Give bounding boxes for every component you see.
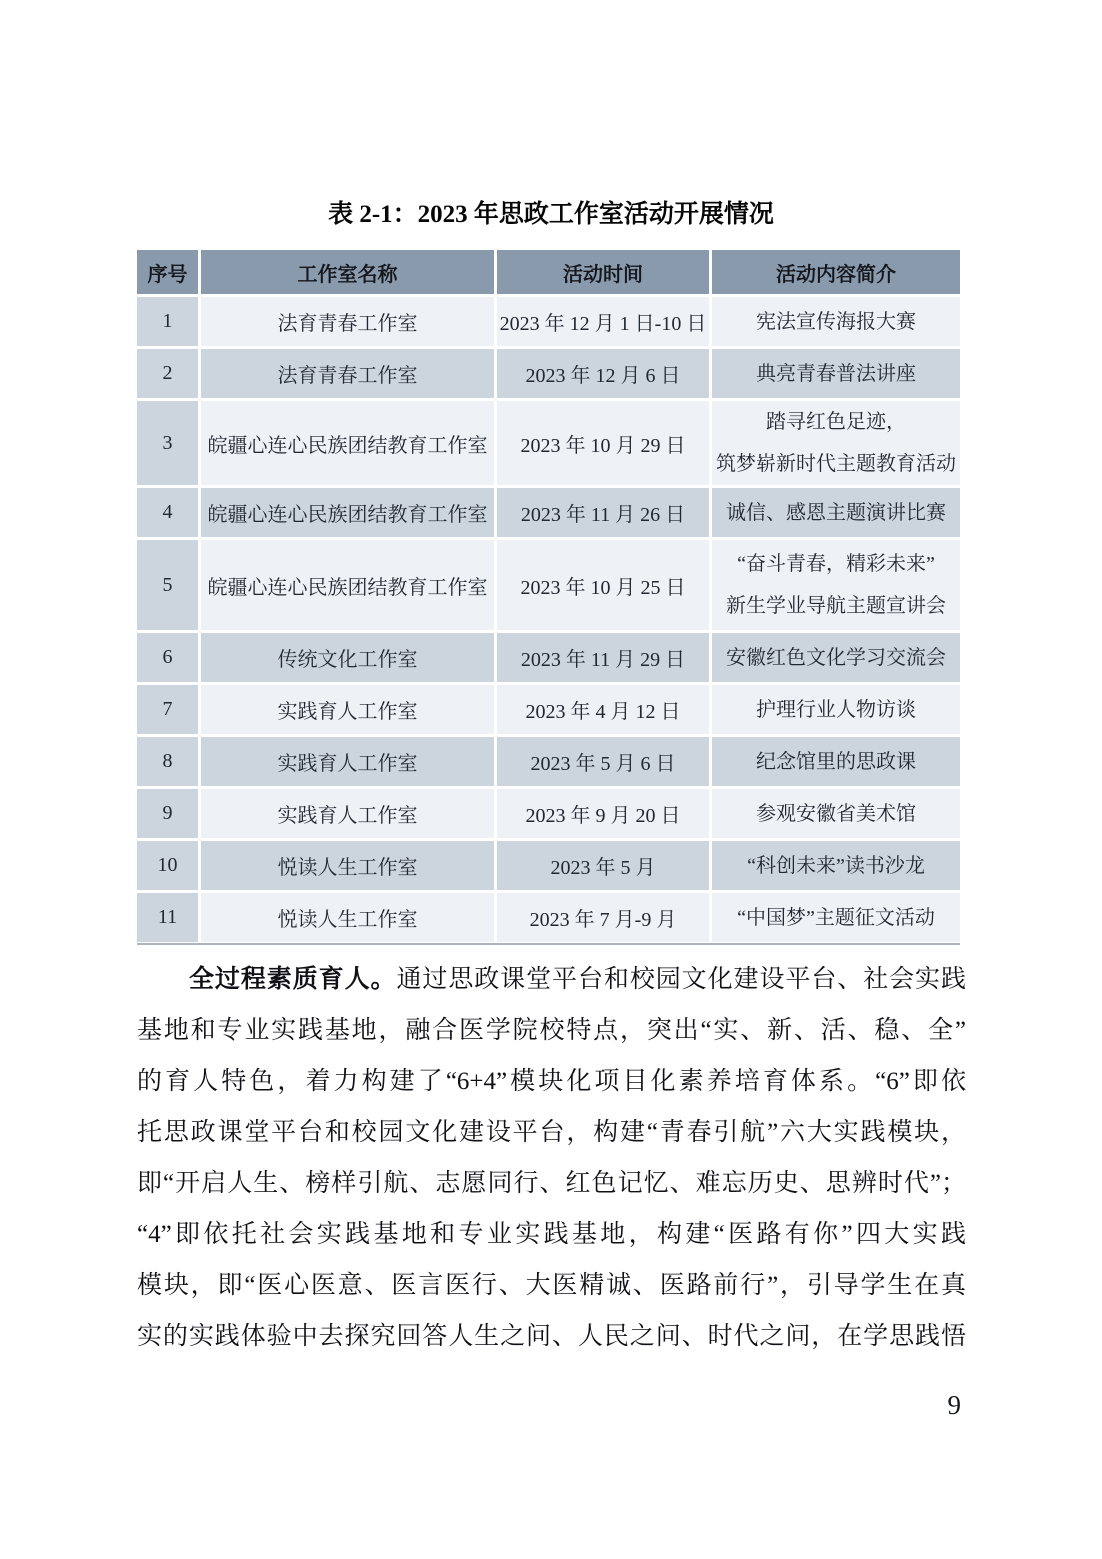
cell-content: 参观安徽省美术馆 bbox=[712, 789, 960, 838]
table-row: 10 悦读人生工作室 2023 年 5 月 “科创未来”读书沙龙 bbox=[137, 841, 960, 890]
content-line: 纪念馆里的思政课 bbox=[712, 741, 960, 783]
cell-date: 2023 年 7 月-9 月 bbox=[497, 893, 709, 942]
cell-studio: 实践育人工作室 bbox=[201, 737, 494, 786]
table-row: 5 皖疆心连心民族团结教育工作室 2023 年 10 月 25 日 “奋斗青春，… bbox=[137, 540, 960, 630]
cell-content: 安徽红色文化学习交流会 bbox=[712, 633, 960, 682]
cell-content: “奋斗青春，精彩未来” 新生学业导航主题宣讲会 bbox=[712, 540, 960, 630]
content-line: 参观安徽省美术馆 bbox=[712, 793, 960, 835]
cell-date: 2023 年 5 月 bbox=[497, 841, 709, 890]
page-number: 9 bbox=[948, 1390, 962, 1421]
table-row: 2 法育青春工作室 2023 年 12 月 6 日 典亮青春普法讲座 bbox=[137, 349, 960, 398]
cell-date: 2023 年 11 月 26 日 bbox=[497, 488, 709, 537]
cell-no: 1 bbox=[137, 297, 198, 346]
table-row: 1 法育青春工作室 2023 年 12 月 1 日-10 日 宪法宣传海报大赛 bbox=[137, 297, 960, 346]
paragraph-line: 即“开启人生、榜样引航、志愿同行、红色记忆、难忘历史、思辨时代”； bbox=[137, 1158, 966, 1209]
cell-studio: 实践育人工作室 bbox=[201, 685, 494, 734]
cell-studio: 皖疆心连心民族团结教育工作室 bbox=[201, 540, 494, 630]
table-row: 6 传统文化工作室 2023 年 11 月 29 日 安徽红色文化学习交流会 bbox=[137, 633, 960, 682]
paragraph-line: “4”即依托社会实践基地和专业实践基地，构建“医路有你”四大实践 bbox=[137, 1209, 966, 1260]
content-line: 踏寻红色足迹， bbox=[712, 401, 960, 443]
cell-no: 2 bbox=[137, 349, 198, 398]
cell-studio: 法育青春工作室 bbox=[201, 297, 494, 346]
content-line: 诚信、感恩主题演讲比赛 bbox=[712, 492, 960, 534]
cell-no: 7 bbox=[137, 685, 198, 734]
cell-date: 2023 年 12 月 1 日-10 日 bbox=[497, 297, 709, 346]
table-header-row: 序号 工作室名称 活动时间 活动内容简介 bbox=[137, 250, 960, 294]
paragraph-line: 托思政课堂平台和校园文化建设平台，构建“青春引航”六大实践模块， bbox=[137, 1107, 966, 1158]
cell-date: 2023 年 12 月 6 日 bbox=[497, 349, 709, 398]
table-bottom-border bbox=[137, 943, 960, 945]
table-row: 11 悦读人生工作室 2023 年 7 月-9 月 “中国梦”主题征文活动 bbox=[137, 893, 960, 942]
body-paragraph: 全过程素质育人。通过思政课堂平台和校园文化建设平台、社会实践 基地和专业实践基地… bbox=[137, 954, 966, 1362]
content-line: 筑梦崭新时代主题教育活动 bbox=[712, 443, 960, 485]
cell-no: 6 bbox=[137, 633, 198, 682]
cell-no: 8 bbox=[137, 737, 198, 786]
header-cell-content: 活动内容简介 bbox=[712, 250, 960, 294]
paragraph-line: 的育人特色，着力构建了“6+4”模块化项目化素养培育体系。“6”即依 bbox=[137, 1056, 966, 1107]
content-line: “中国梦”主题征文活动 bbox=[712, 897, 960, 939]
table-row: 3 皖疆心连心民族团结教育工作室 2023 年 10 月 29 日 踏寻红色足迹… bbox=[137, 401, 960, 485]
cell-date: 2023 年 10 月 29 日 bbox=[497, 401, 709, 485]
cell-date: 2023 年 10 月 25 日 bbox=[497, 540, 709, 630]
table-row: 9 实践育人工作室 2023 年 9 月 20 日 参观安徽省美术馆 bbox=[137, 789, 960, 838]
table-title: 表 2-1：2023 年思政工作室活动开展情况 bbox=[0, 198, 1102, 232]
paragraph-line: 实的实践体验中去探究回答人生之问、人民之问、时代之问，在学思践悟 bbox=[137, 1311, 966, 1362]
cell-no: 3 bbox=[137, 401, 198, 485]
content-line: 护理行业人物访谈 bbox=[712, 689, 960, 731]
cell-content: 诚信、感恩主题演讲比赛 bbox=[712, 488, 960, 537]
header-cell-date: 活动时间 bbox=[497, 250, 709, 294]
table-row: 4 皖疆心连心民族团结教育工作室 2023 年 11 月 26 日 诚信、感恩主… bbox=[137, 488, 960, 537]
content-line: 宪法宣传海报大赛 bbox=[712, 301, 960, 343]
content-line: 新生学业导航主题宣讲会 bbox=[712, 585, 960, 627]
cell-content: 纪念馆里的思政课 bbox=[712, 737, 960, 786]
cell-studio: 皖疆心连心民族团结教育工作室 bbox=[201, 488, 494, 537]
header-cell-no: 序号 bbox=[137, 250, 198, 294]
paragraph-text: 通过思政课堂平台和校园文化建设平台、社会实践 bbox=[396, 966, 966, 993]
cell-date: 2023 年 11 月 29 日 bbox=[497, 633, 709, 682]
cell-date: 2023 年 9 月 20 日 bbox=[497, 789, 709, 838]
paragraph-line: 模块，即“医心医意、医言医行、大医精诚、医路前行”，引导学生在真 bbox=[137, 1260, 966, 1311]
table-row: 8 实践育人工作室 2023 年 5 月 6 日 纪念馆里的思政课 bbox=[137, 737, 960, 786]
cell-no: 11 bbox=[137, 893, 198, 942]
cell-content: 护理行业人物访谈 bbox=[712, 685, 960, 734]
cell-content: 踏寻红色足迹， 筑梦崭新时代主题教育活动 bbox=[712, 401, 960, 485]
cell-studio: 法育青春工作室 bbox=[201, 349, 494, 398]
cell-no: 9 bbox=[137, 789, 198, 838]
cell-date: 2023 年 4 月 12 日 bbox=[497, 685, 709, 734]
cell-studio: 悦读人生工作室 bbox=[201, 841, 494, 890]
cell-no: 4 bbox=[137, 488, 198, 537]
header-cell-studio: 工作室名称 bbox=[201, 250, 494, 294]
cell-studio: 实践育人工作室 bbox=[201, 789, 494, 838]
cell-studio: 悦读人生工作室 bbox=[201, 893, 494, 942]
content-line: 安徽红色文化学习交流会 bbox=[712, 637, 960, 679]
content-line: 典亮青春普法讲座 bbox=[712, 353, 960, 395]
cell-content: “科创未来”读书沙龙 bbox=[712, 841, 960, 890]
cell-content: “中国梦”主题征文活动 bbox=[712, 893, 960, 942]
cell-date: 2023 年 5 月 6 日 bbox=[497, 737, 709, 786]
cell-content: 典亮青春普法讲座 bbox=[712, 349, 960, 398]
cell-content: 宪法宣传海报大赛 bbox=[712, 297, 960, 346]
activity-table: 序号 工作室名称 活动时间 活动内容简介 1 法育青春工作室 2023 年 12… bbox=[134, 247, 963, 945]
cell-studio: 传统文化工作室 bbox=[201, 633, 494, 682]
content-line: “科创未来”读书沙龙 bbox=[712, 845, 960, 887]
paragraph-bold-lead: 全过程素质育人。 bbox=[189, 966, 396, 993]
cell-studio: 皖疆心连心民族团结教育工作室 bbox=[201, 401, 494, 485]
cell-no: 10 bbox=[137, 841, 198, 890]
cell-no: 5 bbox=[137, 540, 198, 630]
paragraph-line: 全过程素质育人。通过思政课堂平台和校园文化建设平台、社会实践 bbox=[137, 954, 966, 1005]
document-page: 表 2-1：2023 年思政工作室活动开展情况 序号 工作室名称 活动时间 活动… bbox=[0, 0, 1102, 1559]
content-line: “奋斗青春，精彩未来” bbox=[712, 543, 960, 585]
paragraph-line: 基地和专业实践基地，融合医学院校特点，突出“实、新、活、稳、全” bbox=[137, 1005, 966, 1056]
table-row: 7 实践育人工作室 2023 年 4 月 12 日 护理行业人物访谈 bbox=[137, 685, 960, 734]
